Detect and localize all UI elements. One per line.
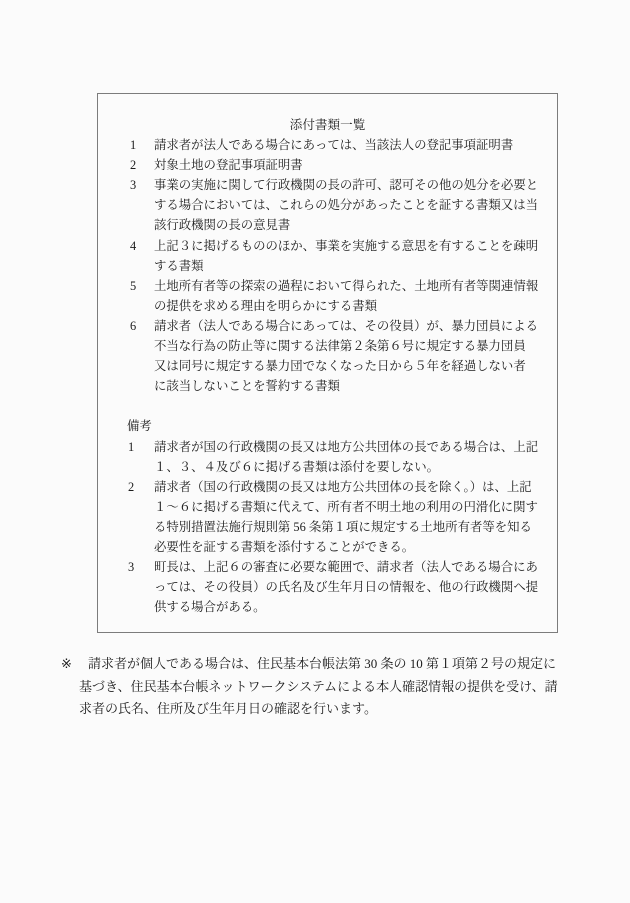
- remark-text-line: 町長は、上記６の審査に必要な範囲で、請求者（法人である場合にあ: [154, 557, 557, 577]
- remark-number: 2: [128, 477, 134, 497]
- remark-text-line: 請求者が国の行政機関の長又は地方公共団体の長である場合は、上記: [154, 437, 557, 457]
- item-number: 1: [130, 135, 136, 155]
- remark-item: 2 請求者（国の行政機関の長又は地方公共団体の長を除く。）は、上記 １～６に掲げ…: [98, 477, 557, 557]
- list-item: 1 請求者が法人である場合にあっては、当該法人の登記事項証明書: [98, 135, 557, 155]
- list-item: 4 上記３に掲げるもののほか、事業を実施する意思を有することを疎明 する書類: [98, 236, 557, 276]
- item-text-line: の提供を求める理由を明らかにする書類: [154, 296, 557, 316]
- remark-text: 請求者が国の行政機関の長又は地方公共団体の長である場合は、上記 １、３、４及び６…: [154, 437, 557, 477]
- remark-text: 町長は、上記６の審査に必要な範囲で、請求者（法人である場合にあ っては、その役員…: [154, 557, 557, 617]
- remark-text: 請求者（国の行政機関の長又は地方公共団体の長を除く。）は、上記 １～６に掲げる書…: [154, 477, 557, 557]
- box-title: 添付書類一覧: [98, 115, 557, 135]
- list-item: 2 対象土地の登記事項証明書: [98, 155, 557, 175]
- remark-text-line: っては、その役員）の氏名及び生年月日の情報を、他の行政機関へ提: [154, 577, 557, 597]
- item-text: 請求者（法人である場合にあっては、その役員）が、暴力団員による 不当な行為の防止…: [154, 316, 557, 396]
- footnote-text-line: 基づき、住民基本台帳ネットワークシステムによる本人確認情報の提供を受け、請: [79, 676, 558, 699]
- remark-text-line: 供する場合がある。: [154, 597, 557, 617]
- item-text: 上記３に掲げるもののほか、事業を実施する意思を有することを疎明 する書類: [154, 236, 557, 276]
- item-text-line: 事業の実施に関して行政機関の長の許可、認可その他の処分を必要と: [154, 175, 557, 195]
- remark-text-line: る特別措置法施行規則第 56 条第１項に規定する土地所有者等を知る: [154, 517, 557, 537]
- remark-text-line: 必要性を証する書類を添付することができる。: [154, 537, 557, 557]
- remark-item: 3 町長は、上記６の審査に必要な範囲で、請求者（法人である場合にあ っては、その…: [98, 557, 557, 617]
- list-item: 6 請求者（法人である場合にあっては、その役員）が、暴力団員による 不当な行為の…: [98, 316, 557, 396]
- footnote-text-line: 請求者が個人である場合は、住民基本台帳法第 30 条の 10 第１項第２号の規定…: [88, 656, 556, 671]
- item-number: 3: [130, 175, 136, 195]
- item-text-line: 又は同号に規定する暴力団でなくなった日から５年を経過しない者: [154, 356, 557, 376]
- item-number: 6: [130, 316, 136, 336]
- list-item: 5 土地所有者等の探索の過程において得られた、土地所有者等関連情報 の提供を求め…: [98, 276, 557, 316]
- footnote-first-line: ※請求者が個人である場合は、住民基本台帳法第 30 条の 10 第１項第２号の規…: [61, 653, 558, 676]
- remark-item: 1 請求者が国の行政機関の長又は地方公共団体の長である場合は、上記 １、３、４及…: [98, 437, 557, 477]
- item-text-line: 不当な行為の防止等に関する法律第２条第６号に規定する暴力団員: [154, 336, 557, 356]
- item-text: 土地所有者等の探索の過程において得られた、土地所有者等関連情報 の提供を求める理…: [154, 276, 557, 316]
- item-text: 事業の実施に関して行政機関の長の許可、認可その他の処分を必要と する場合において…: [154, 175, 557, 235]
- item-text-line: 対象土地の登記事項証明書: [154, 155, 557, 175]
- remarks-title: 備考: [127, 416, 557, 436]
- remark-number: 1: [128, 437, 134, 457]
- item-text: 対象土地の登記事項証明書: [154, 155, 557, 175]
- remark-text-line: 請求者（国の行政機関の長又は地方公共団体の長を除く。）は、上記: [154, 477, 557, 497]
- remark-number: 3: [128, 557, 134, 577]
- item-text-line: する場合においては、これらの処分があったことを証する書類又は当: [154, 195, 557, 215]
- item-text-line: 土地所有者等の探索の過程において得られた、土地所有者等関連情報: [154, 276, 557, 296]
- item-text-line: 請求者（法人である場合にあっては、その役員）が、暴力団員による: [154, 316, 557, 336]
- item-text-line: 該行政機関の長の意見書: [154, 215, 557, 235]
- item-text-line: に該当しないことを誓約する書類: [154, 376, 557, 396]
- footnote-text-line: 求者の氏名、住所及び生年月日の確認を行います。: [79, 698, 558, 721]
- item-text-line: 上記３に掲げるもののほか、事業を実施する意思を有することを疎明: [154, 236, 557, 256]
- document-page: 添付書類一覧 1 請求者が法人である場合にあっては、当該法人の登記事項証明書 2…: [0, 0, 630, 903]
- remark-text-line: １、３、４及び６に掲げる書類は添付を要しない。: [154, 457, 557, 477]
- item-text: 請求者が法人である場合にあっては、当該法人の登記事項証明書: [154, 135, 557, 155]
- attachment-documents-box: 添付書類一覧 1 請求者が法人である場合にあっては、当該法人の登記事項証明書 2…: [97, 93, 558, 633]
- item-number: 5: [130, 276, 136, 296]
- item-text-line: 請求者が法人である場合にあっては、当該法人の登記事項証明書: [154, 135, 557, 155]
- item-text-line: する書類: [154, 256, 557, 276]
- reference-mark: ※: [61, 653, 88, 676]
- remark-text-line: １～６に掲げる書類に代えて、所有者不明土地の利用の円滑化に関す: [154, 497, 557, 517]
- footnote: ※請求者が個人である場合は、住民基本台帳法第 30 条の 10 第１項第２号の規…: [61, 653, 558, 721]
- list-item: 3 事業の実施に関して行政機関の長の許可、認可その他の処分を必要と する場合にお…: [98, 175, 557, 235]
- item-number: 4: [130, 236, 136, 256]
- item-number: 2: [130, 155, 136, 175]
- blank-line: [98, 396, 557, 416]
